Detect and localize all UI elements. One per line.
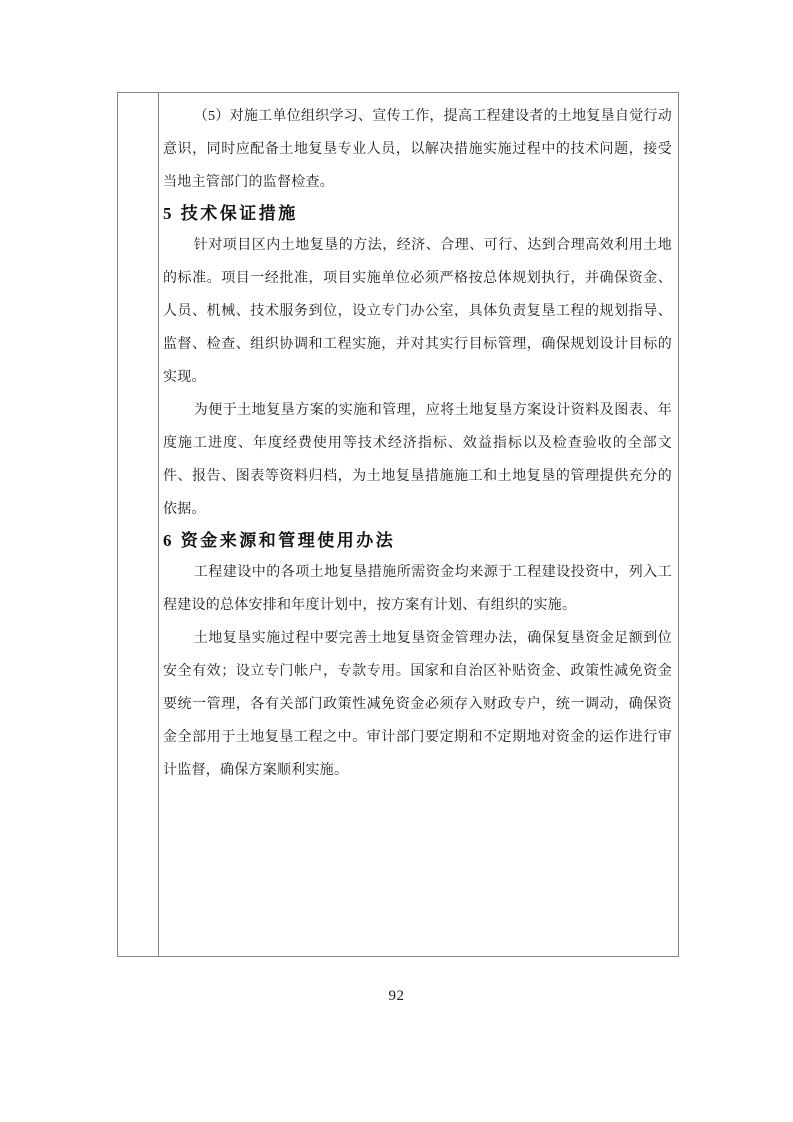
paragraph-technical-measures: 针对项目区内土地复垦的方法，经济、合理、可行、达到合理高效利用土地的标准。项目一… [163,229,672,394]
page-number: 92 [0,988,793,1005]
paragraph-funding-supervision: 土地复垦实施过程中要完善土地复垦资金管理办法，确保复垦资金足额到位安全有效；设立… [163,622,672,787]
document-page: （5）对施工单位组织学习、宣传工作，提高工程建设者的土地复垦自觉行动意识，同时应… [0,0,793,1122]
table-left-column-empty [118,93,159,956]
paragraph-supervision-awareness: （5）对施工单位组织学习、宣传工作，提高工程建设者的土地复垦自觉行动意识，同时应… [163,100,672,199]
paragraph-archive-records: 为便于土地复垦方案的实施和管理，应将土地复垦方案设计资料及图表、年度施工进度、年… [163,394,672,526]
table-content-cell: （5）对施工单位组织学习、宣传工作，提高工程建设者的土地复垦自觉行动意识，同时应… [159,93,678,956]
section-heading-funding-management: 6 资金来源和管理使用办法 [163,526,672,556]
section-heading-technical-assurance: 5 技术保证措施 [163,199,672,229]
content-table: （5）对施工单位组织学习、宣传工作，提高工程建设者的土地复垦自觉行动意识，同时应… [117,92,679,957]
paragraph-funding-source: 工程建设中的各项土地复垦措施所需资金均来源于工程建设投资中，列入工程建设的总体安… [163,556,672,622]
